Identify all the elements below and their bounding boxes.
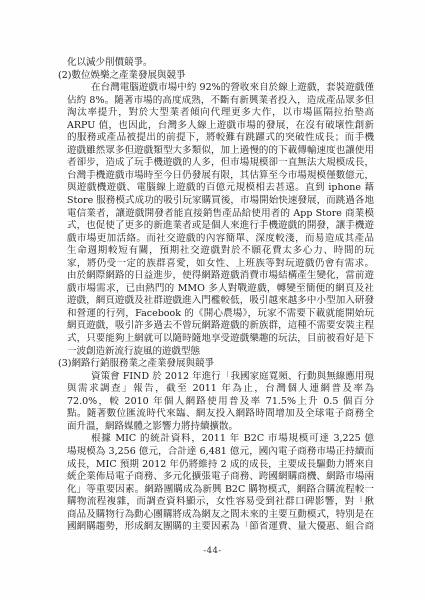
- text-line: 和營運的行列，Facebook 的《開心農場》，玩家不需要下載就能開始玩的: [67, 308, 374, 321]
- text-line: 戲市場更加活絡。而社交遊戲的內容簡單、深度較淺，而易造成其產品: [67, 233, 374, 246]
- text-line: 與需求調查」報告，截至 2011 年為止，台灣個人連網普及率為: [67, 383, 374, 396]
- text-line: 根據 MIC 的統計資料，2011 年 B2C 市場規模可達 3,225 億元，…: [91, 433, 374, 446]
- text-line: 的服務或產品被提出的前提下，將較難有跳躍式的突破性成長；而手機: [67, 132, 374, 145]
- text-line: 淘汰率提升，對於大型業者傾向代理更多大作，以市場區隔拉抬墊高: [67, 107, 374, 120]
- document-page: 化以減少削價競爭。(2)數位娛樂之產業發展與競爭在台灣電腦遊戲市場中約 92%的…: [0, 0, 425, 600]
- text-line: 生命週期較短有關，預期社交遊戲對於不願花費太多心力、時間的玩: [67, 245, 374, 258]
- text-line: 場規模為 3,256 億元，合計達 6,481 億元，國內電子商務市場正持續而穩…: [67, 446, 374, 459]
- page-body: 化以減少削價競爭。(2)數位娛樂之產業發展與競爭在台灣電腦遊戲市場中約 92%的…: [58, 57, 374, 534]
- text-line: 商品及購物行為動心團購將成為網友之間未來的主要互動模式，特別是在跨: [67, 509, 374, 522]
- text-line: (2)數位娛樂之產業發展與競爭: [58, 70, 374, 83]
- text-line: 購物流程複雜，而調查資料顯示，女性容易受到社群口碑影響，對「揪團」: [67, 496, 374, 509]
- page-number: -44-: [0, 546, 425, 556]
- text-line: 國網購趨勢，形成網友團購的主要因素為「節省運費、量大優惠、組合商品、: [67, 521, 374, 534]
- text-line: 者卻步，造成了玩手機遊戲的人多，但市場規模卻一直無法大規模成長，: [67, 157, 374, 170]
- text-line: 由於網際網路的日益進步，使得網路遊戲消費市場結構產生變化，當前遊: [67, 270, 374, 283]
- text-line: 遊戲雖然眾多但遊戲類型大多類似，加上過慢的的下載傳輸速度也讓使用: [67, 145, 374, 158]
- text-line: 點。隨著數位匯流時代來臨、網友投入網路時間增加及全球電子商務全: [67, 408, 374, 421]
- text-line: 一波創造新流行旋風的遊戲型態: [67, 346, 374, 359]
- text-line: 成長，MIC 預期 2012 年仍將維持 2 成的成長，主要成長驅動力將來自「傳: [67, 459, 374, 472]
- text-line: 72.0%，較 2010 年個人網路使用普及率 71.5%上升 0.5 個百分: [67, 396, 374, 409]
- text-line: 遊戲，網頁遊戲及社群遊戲進入門檻較低，吸引越來越多中小型加入研發: [67, 295, 374, 308]
- text-line: Store 服務模式成功的吸引玩家購買後，市場開始快速發展，而跳過各地: [67, 195, 374, 208]
- text-line: 電信業者，讓遊戲開發者能直接銷售產品給使用者的 App Store 商業模: [67, 208, 374, 221]
- text-line: 佔約 8%。隨著市場的高度成熟，不斷有新興業者投入，造成產品眾多但: [67, 95, 374, 108]
- text-line: 家，將仍受一定的族群喜愛，如女性、上班族等對玩遊戲仍會有需求。: [67, 258, 374, 271]
- text-line: 式，也促使了更多的新進業者或是個人來進行手機遊戲的開發，讓手機遊: [67, 220, 374, 233]
- text-line: 網頁遊戲，吸引許多過去不曾玩網路遊戲的新族群，這種不需要安裝主程: [67, 320, 374, 333]
- text-line: 面升溫，網路媒體之影響力將持續擴散。: [67, 421, 374, 434]
- text-line: (3)網路行銷服務業之產業發展與競爭: [58, 358, 374, 371]
- text-line: 在台灣電腦遊戲市場中約 92%的營收來自於線上遊戲，套裝遊戲僅: [91, 82, 374, 95]
- text-line: 化以減少削價競爭。: [67, 57, 374, 70]
- text-line: 化」等重要因素。網路團購成為新興 B2C 購物模式，網路合購流程較一般: [67, 484, 374, 497]
- text-line: 與遊戲機遊戲、電腦線上遊戲的百億元規模相去甚遠。直到 iphone 藉 App: [67, 182, 374, 195]
- text-line: ARPU 值，也因此，台灣多人線上遊戲市場的發展，在沒有破壞性創新: [67, 120, 374, 133]
- text-line: 統企業佈局電子商務、多元化擴張電子商務、跨國網購商機、網路市場兩極: [67, 471, 374, 484]
- text-line: 式，只要能夠上網就可以隨時隨地享受遊戲樂趣的玩法，目前被看好是下: [67, 333, 374, 346]
- text-line: 戲市場需求，已由熱門的 MMO 多人對戰遊戲，轉變至簡便的網頁及社群: [67, 283, 374, 296]
- text-line: 台灣手機遊戲市場時至今日仍發展有限，其估算至今市場規模僅數億元，: [67, 170, 374, 183]
- text-line: 資策會 FIND 於 2012 年進行「我國家庭寬頻、行動與無線應用現況: [91, 371, 374, 384]
